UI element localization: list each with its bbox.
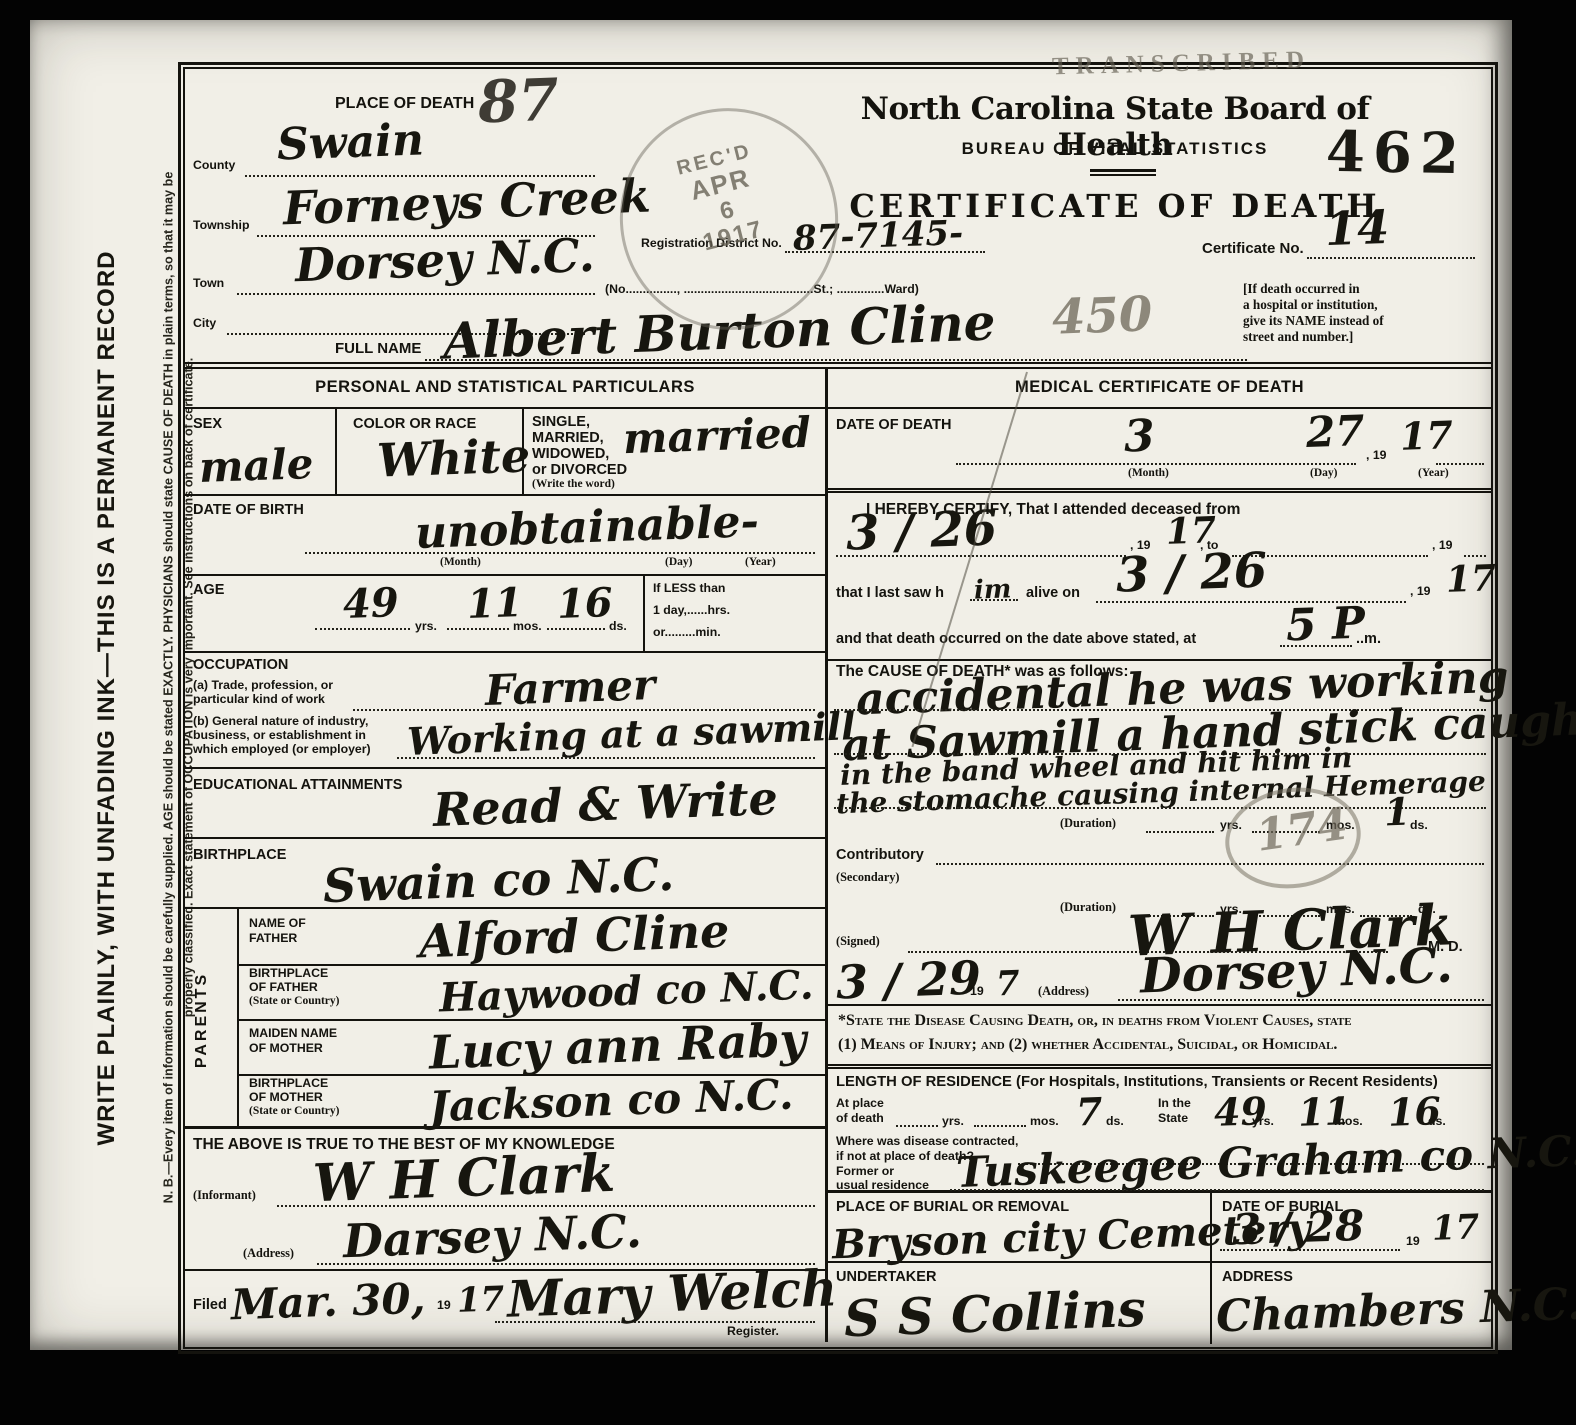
dod-year-prefix: , 19: [1366, 449, 1387, 463]
parents-side-label: PARENTS: [193, 965, 211, 1075]
place-of-death-label: PLACE OF DEATH: [335, 95, 474, 113]
signed-address-label: (Address): [1038, 985, 1089, 999]
undertaker-label: UNDERTAKER: [836, 1269, 936, 1285]
dotted-line: [447, 628, 509, 630]
race-label: COLOR OR RACE: [353, 416, 476, 432]
cell-divider: [335, 409, 337, 494]
dob-value: unobtainable-: [414, 500, 759, 556]
to-year-prefix: , 19: [1432, 539, 1453, 553]
footnote-line-1: *State the Disease Causing Death, or, in…: [838, 1012, 1352, 1030]
sex-race-marital-row: SEX male COLOR OR RACE White SINGLE, MAR…: [185, 409, 825, 496]
cell-divider: [1210, 1263, 1212, 1344]
dotted-line: [1307, 257, 1475, 259]
undertaker-row: UNDERTAKER S S Collins ADDRESS Chambers …: [828, 1263, 1491, 1344]
dod-month-label: (Month): [1128, 467, 1169, 480]
last-saw-him-scribble: im: [974, 576, 1012, 603]
informant-value: W H Clark: [312, 1148, 616, 1211]
age-yrs-label: yrs.: [415, 620, 437, 634]
former-label-2: usual residence: [836, 1179, 929, 1193]
state-ds-label: ds.: [1428, 1115, 1446, 1129]
registrar-label: Register.: [727, 1325, 779, 1339]
medical-section-title: MEDICAL CERTIFICATE OF DEATH: [828, 378, 1491, 397]
occupation-b-label-3: which employed (or employer): [193, 743, 371, 757]
at-place-mos: mos.: [1030, 1115, 1059, 1129]
marital-label-3: WIDOWED,: [532, 446, 609, 462]
less-than-label-1: If LESS than: [653, 582, 725, 596]
filed-year-prefix: 19: [437, 1299, 451, 1313]
medical-column: MEDICAL CERTIFICATE OF DEATH DATE OF DEA…: [828, 369, 1491, 1342]
dotted-line: [547, 628, 605, 630]
dob-day-label: (Day): [665, 556, 692, 569]
certificate-no-label: Certificate No.: [1202, 241, 1304, 258]
last-saw-date-value: 3 / 26: [1115, 546, 1268, 599]
birthplace-label: BIRTHPLACE: [193, 847, 286, 863]
death-time-m-label: ..m.: [1356, 631, 1381, 647]
filed-row: Filed Mar. 30, 19 17 Mary Welch Register…: [185, 1271, 825, 1344]
contributory-label: Contributory: [836, 847, 924, 863]
mother-bp-label-1: BIRTHPLACE: [249, 1077, 328, 1091]
burial-date-value: 3 / 28: [1231, 1205, 1365, 1252]
signed-year-value: 7: [995, 967, 1020, 1002]
scan-background: WRITE PLAINLY, WITH UNFADING INK—THIS IS…: [0, 0, 1576, 1425]
education-value: Read & Write: [432, 775, 778, 833]
mother-birthplace-row: BIRTHPLACE OF MOTHER (State or Country) …: [239, 1074, 825, 1129]
contracted-label-2: if not at place of death?: [836, 1150, 974, 1164]
last-saw-label-1: that I last saw h: [836, 585, 944, 601]
certificate-no-value: 14: [1324, 204, 1390, 252]
marital-value: married: [622, 412, 811, 461]
dotted-line: [974, 1125, 1026, 1127]
occupation-b-value: Working at a sawmill: [406, 707, 856, 761]
pencil-87: 87: [477, 71, 560, 132]
dotted-line: [1220, 1249, 1400, 1251]
mother-bp-value: Jackson co N.C.: [428, 1074, 794, 1129]
undertaker-address-value: Chambers N.C.: [1215, 1283, 1576, 1340]
mother-name-label-2: OF MOTHER: [249, 1042, 323, 1056]
hospital-note-line3: give its NAME instead of: [1243, 313, 1483, 329]
dod-day-label: (Day): [1310, 467, 1337, 480]
signed-year-prefix: 19: [970, 985, 984, 999]
pencil-174-value: 174: [1253, 799, 1351, 862]
last-saw-year-value: 17: [1445, 560, 1496, 598]
personal-section-header: PERSONAL AND STATISTICAL PARTICULARS: [185, 369, 825, 409]
township-value: Forneys Creek: [282, 173, 651, 232]
personal-section-title: PERSONAL AND STATISTICAL PARTICULARS: [185, 378, 825, 397]
footnote-line-2: (1) Means of Injury; and (2) whether Acc…: [838, 1036, 1337, 1054]
county-label: County: [193, 159, 235, 173]
sex-value: male: [198, 443, 314, 489]
attestation-block: THE ABOVE IS TRUE TO THE BEST OF MY KNOW…: [185, 1129, 825, 1271]
hospital-note-line4: street and number.]: [1243, 329, 1483, 345]
cause-duration-ds: ds.: [1410, 819, 1428, 833]
dod-month-value: 3: [1123, 414, 1155, 459]
dotted-line: [956, 463, 1356, 465]
marital-label-4: or DIVORCED: [532, 462, 627, 478]
pencil-450: 450: [1051, 290, 1153, 341]
father-birthplace-row: BIRTHPLACE OF FATHER (State or Country) …: [239, 964, 825, 1021]
age-row: AGE yrs. mos. ds. 49 11 16 If LESS than …: [185, 576, 825, 653]
dob-label: DATE OF BIRTH: [193, 502, 304, 518]
race-value: White: [376, 432, 531, 483]
dod-year-value: 17: [1399, 416, 1453, 456]
occupation-a-label-1: (a) Trade, profession, or: [193, 679, 333, 693]
state-mos-label: mos.: [1334, 1115, 1363, 1129]
informant-label: (Informant): [193, 1189, 256, 1203]
attended-from-value: 3 / 26: [845, 504, 998, 557]
cause-of-death-block: The CAUSE OF DEATH* was as follows: acci…: [828, 661, 1491, 839]
hospital-note-line2: a hospital or institution,: [1243, 297, 1483, 313]
date-of-birth-row: DATE OF BIRTH unobtainable- (Month) (Day…: [185, 496, 825, 576]
father-name-label-2: FATHER: [249, 932, 297, 946]
date-of-death-row: DATE OF DEATH 3 (Month) 27 (Day) , 19 17…: [828, 409, 1491, 493]
state-yrs-label: yrs.: [1252, 1115, 1274, 1129]
cause-duration-label: (Duration): [1060, 817, 1116, 831]
father-name-row: NAME OF FATHER Alford Cline: [239, 909, 825, 966]
parents-block: PARENTS NAME OF FATHER Alford Cline BIRT…: [185, 909, 825, 1129]
informant-address-label: (Address): [243, 1247, 294, 1261]
certificate-border: PLACE OF DEATH County Swain Township For…: [178, 62, 1498, 1354]
marital-label-1: SINGLE,: [532, 414, 590, 430]
age-yrs-value: 49: [342, 583, 399, 625]
death-time-value: 5 P: [1285, 602, 1366, 649]
secondary-label: (Secondary): [836, 871, 900, 885]
education-row: EDUCATIONAL ATTAINMENTS Read & Write: [185, 769, 825, 839]
occupation-label: OCCUPATION: [193, 657, 288, 673]
undertaker-address-label: ADDRESS: [1222, 1269, 1293, 1285]
father-bp-value: Haywood co N.C.: [438, 965, 814, 1018]
filed-date-value: Mar. 30,: [230, 1278, 426, 1327]
cause-duration-ds-value: 1: [1383, 793, 1411, 832]
age-label: AGE: [193, 582, 224, 598]
father-bp-label-1: BIRTHPLACE: [249, 967, 328, 981]
file-number-stamp: 462: [1325, 119, 1467, 187]
township-label: Township: [193, 219, 249, 233]
filed-label: Filed: [193, 1297, 227, 1313]
birthplace-row: BIRTHPLACE Swain co N.C.: [185, 839, 825, 909]
former-label-1: Former or: [836, 1165, 894, 1179]
hospital-note-line1: [If death occurred in: [1243, 281, 1483, 297]
birthplace-value: Swain co N.C.: [322, 851, 675, 909]
mother-bp-label-2: OF MOTHER: [249, 1091, 323, 1105]
dob-year-label: (Year): [745, 556, 776, 569]
certificate-inner: PLACE OF DEATH County Swain Township For…: [183, 67, 1493, 1349]
certificate-paper: WRITE PLAINLY, WITH UNFADING INK—THIS IS…: [30, 20, 1512, 1350]
mother-name-label-1: MAIDEN NAME: [249, 1027, 337, 1041]
full-name-label: FULL NAME: [335, 341, 421, 358]
less-than-label-2: 1 day,......hrs.: [653, 604, 730, 618]
dotted-line: [1436, 463, 1484, 465]
burial-year-prefix: 19: [1406, 1235, 1420, 1249]
undertaker-value: S S Collins: [843, 1284, 1146, 1344]
title-divider: [1090, 169, 1156, 176]
registrar-value: Mary Welch: [506, 1263, 838, 1324]
footnote-block: *State the Disease Causing Death, or, in…: [828, 1006, 1491, 1069]
hospital-note: [If death occurred in a hospital or inst…: [1243, 281, 1483, 344]
in-state-label-1: In the: [1158, 1097, 1191, 1111]
occupation-b-label-1: (b) General nature of industry,: [193, 715, 368, 729]
dotted-line: [896, 1125, 938, 1127]
last-saw-label-2: alive on: [1026, 585, 1080, 601]
contrib-duration-label: (Duration): [1060, 901, 1116, 915]
at-place-ds: ds.: [1106, 1115, 1124, 1129]
dotted-line: [1146, 831, 1214, 833]
father-name-label-1: NAME OF: [249, 917, 306, 931]
dod-label: DATE OF DEATH: [836, 417, 951, 433]
sex-label: SEX: [193, 416, 222, 432]
filed-year-value: 17: [456, 1282, 504, 1318]
at-place-yrs: yrs.: [942, 1115, 964, 1129]
age-mos-value: 11: [466, 583, 523, 625]
cell-divider: [643, 576, 645, 651]
medical-section-header: MEDICAL CERTIFICATE OF DEATH: [828, 369, 1491, 409]
signed-block: (Signed) W H Clark M. D. 3 / 29 19 7 (Ad…: [828, 921, 1491, 1006]
burial-year-value: 17: [1431, 1210, 1479, 1246]
father-name-value: Alford Cline: [418, 908, 730, 965]
dotted-line: [936, 863, 1484, 865]
margin-nb-line1: N. B.—Every item of information should b…: [159, 43, 179, 1333]
town-value: Dorsey N.C.: [294, 232, 595, 288]
marital-write-word: (Write the word): [532, 478, 615, 491]
burial-row: PLACE OF BURIAL OR REMOVAL Bryson city C…: [828, 1193, 1491, 1263]
occupation-row: OCCUPATION (a) Trade, profession, or par…: [185, 653, 825, 769]
last-saw-year-prefix: , 19: [1410, 585, 1431, 599]
signed-date-value: 3 / 29: [835, 954, 981, 1005]
mother-bp-label-3: (State or Country): [249, 1105, 340, 1118]
marital-label-2: MARRIED,: [532, 430, 604, 446]
dotted-line: [315, 628, 410, 630]
dob-month-label: (Month): [440, 556, 481, 569]
dod-day-value: 27: [1305, 410, 1365, 454]
mother-name-row: MAIDEN NAME OF MOTHER Lucy ann Raby: [239, 1019, 825, 1076]
at-place-label-2: of death: [836, 1112, 884, 1126]
age-ds-value: 16: [556, 583, 613, 625]
in-state-label-2: State: [1158, 1112, 1188, 1126]
city-label: City: [193, 317, 216, 331]
at-place-ds-value: 7: [1075, 1093, 1103, 1132]
father-bp-label-3: (State or Country): [249, 995, 340, 1008]
signed-label: (Signed): [836, 935, 880, 949]
occupation-a-value: Farmer: [484, 664, 656, 712]
personal-column: PERSONAL AND STATISTICAL PARTICULARS SEX…: [185, 369, 828, 1342]
burial-place-label: PLACE OF BURIAL OR REMOVAL: [836, 1199, 1069, 1215]
father-bp-label-2: OF FATHER: [249, 981, 318, 995]
education-label: EDUCATIONAL ATTAINMENTS: [193, 777, 402, 793]
death-occurred-label: and that death occurred on the date abov…: [836, 631, 1196, 647]
certification-block: I HEREBY CERTIFY, That I attended deceas…: [828, 493, 1491, 661]
dotted-line: [237, 293, 595, 295]
informant-address-value: Darsey N.C.: [342, 1208, 642, 1264]
former-residence-value: Tuskeegee Graham co N.C.: [955, 1130, 1576, 1194]
mother-name-value: Lucy ann Raby: [428, 1016, 807, 1075]
dod-year-label: (Year): [1418, 467, 1449, 480]
at-place-label-1: At place: [836, 1097, 884, 1111]
residence-block: LENGTH OF RESIDENCE (For Hospitals, Inst…: [828, 1069, 1491, 1193]
town-label: Town: [193, 277, 224, 291]
occupation-a-label-2: particular kind of work: [193, 693, 325, 707]
occupation-b-label-2: business, or establishment in: [193, 729, 366, 743]
signed-address-value: Dorsey N.C.: [1139, 942, 1453, 1001]
less-than-label-3: or.........min.: [653, 626, 721, 640]
margin-permanent-record-note: WRITE PLAINLY, WITH UNFADING INK—THIS IS…: [93, 63, 121, 1333]
county-value: Swain: [276, 118, 424, 167]
